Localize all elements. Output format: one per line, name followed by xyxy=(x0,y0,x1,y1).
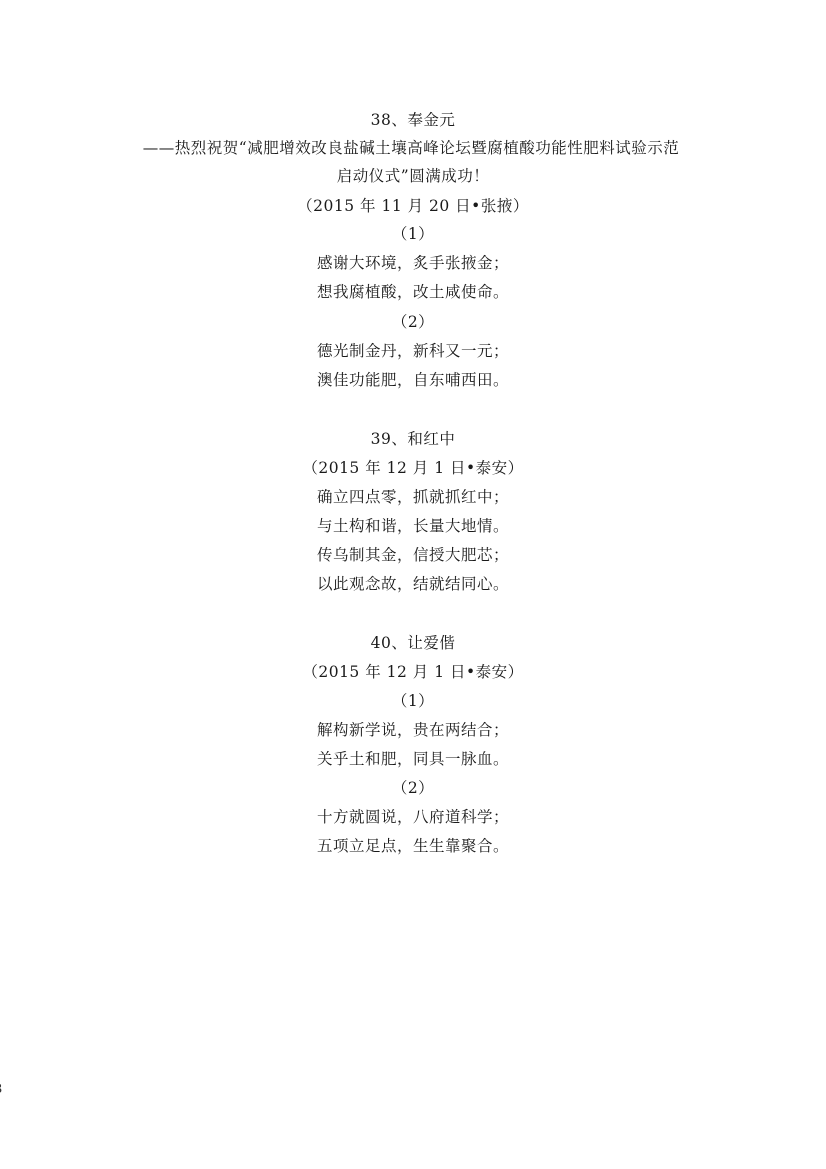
section-39-line4: 以此观念故，结就结同心。 xyxy=(0,574,826,594)
section-40-part1-label: （1） xyxy=(0,691,826,711)
section-40-part2-line2: 五项立足点，生生靠聚合。 xyxy=(0,836,826,856)
section-38-part1-label: （1） xyxy=(0,224,826,244)
section-38-date: （2015 年 11 月 20 日•张掖） xyxy=(0,196,826,216)
section-40-part2-label: （2） xyxy=(0,778,826,798)
page-number: 8 xyxy=(0,1082,2,1098)
section-40-part1-line1: 解构新学说，贵在两结合； xyxy=(0,720,826,740)
section-39-date: （2015 年 12 月 1 日•泰安） xyxy=(0,458,826,478)
section-40-part2-line1: 十方就圆说，八府道科学； xyxy=(0,807,826,827)
section-38-part1-line2: 想我腐植酸，改土咸使命。 xyxy=(0,282,826,302)
section-39-title: 39、和红中 xyxy=(0,429,826,449)
section-38-title: 38、奉金元 xyxy=(0,110,826,130)
section-38-part1-line1: 感谢大环境，炙手张掖金； xyxy=(0,253,826,273)
section-38-part2-label: （2） xyxy=(0,312,826,332)
section-39-line2: 与土构和谐，长量大地情。 xyxy=(0,516,826,536)
section-40-title: 40、让爱偕 xyxy=(0,633,826,653)
section-38-part2-line1: 德光制金丹，新科又一元； xyxy=(0,341,826,361)
section-38-subtitle-line1: ——热烈祝贺“减肥增效改良盐碱土壤高峰论坛暨腐植酸功能性肥料试验示范 xyxy=(0,138,824,158)
section-39-line3: 传乌制其金，信授大肥芯； xyxy=(0,545,826,565)
section-40-date: （2015 年 12 月 1 日•泰安） xyxy=(0,662,826,682)
section-40-part1-line2: 关乎土和肥，同具一脉血。 xyxy=(0,749,826,769)
document-page: 38、奉金元 ——热烈祝贺“减肥增效改良盐碱土壤高峰论坛暨腐植酸功能性肥料试验示… xyxy=(0,0,826,1169)
section-38-subtitle-line2: 启动仪式”圆满成功！ xyxy=(0,166,826,186)
section-39-line1: 确立四点零，抓就抓红中； xyxy=(0,487,826,507)
section-38-part2-line2: 澳佳功能肥，自东哺西田。 xyxy=(0,370,826,390)
